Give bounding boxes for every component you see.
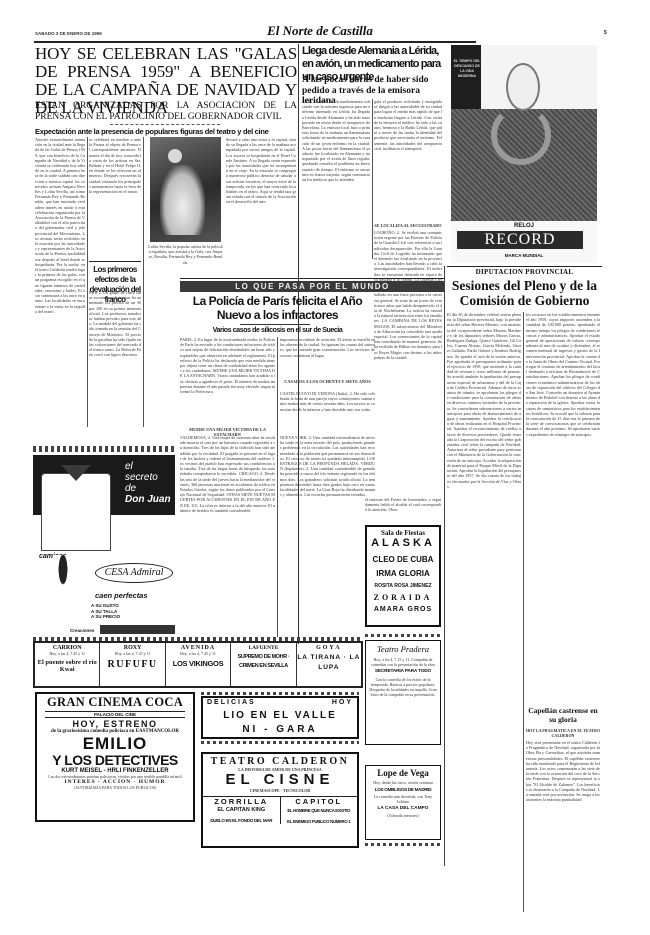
world-headline: La Policía de París felicita el Año Nuev…: [180, 294, 375, 322]
separator: [240, 324, 310, 325]
world-subsection-1: CASADOS A LOS OCHENTA Y SIETE AÑOS: [280, 379, 375, 384]
alaska-act-3: ROSITA ROSA JIMENEZ: [367, 583, 439, 589]
page-number: 5: [604, 30, 607, 36]
listing-title: LOS VIKINGOS: [166, 659, 230, 668]
ad-border: [365, 843, 441, 846]
airplane-body-col2: gula el producto solicitado y enseguida …: [374, 99, 442, 219]
watch-brand: RECORD: [457, 231, 583, 249]
listing-goya: GOYA LA TIRANA · LA LUPA: [297, 643, 361, 686]
airplane-body-col3: LOGROÑO, 2. Se recibió una comunicación …: [374, 230, 442, 520]
lead-kicker: Expectación ante la presencia de popular…: [35, 127, 297, 136]
airplane-body-col1: BARCELONA, 2. Un medicamento solicitado …: [302, 99, 370, 259]
airplane-section-note: SE LOCALIZA AL SECUESTRADO: [374, 223, 442, 228]
split-ads: ZORRILLA EL CAPITAN KING DUELO EN EL FON…: [203, 796, 357, 824]
diputacion-headline: Sesiones del Pleno y de la Comisión de G…: [447, 278, 602, 308]
coca-rating: (AUTORIZADA PARA TODOS LOS PUBLICOS): [37, 785, 193, 790]
coca-announce: HOY, ESTRENO: [37, 719, 193, 729]
lope-title-2: LA CASA DEL CAMPO: [366, 806, 440, 811]
pradera-venue: Teatro Pradera: [366, 644, 440, 654]
alaska-act-2: IRMA GLORIA: [367, 569, 439, 578]
lead-body-col1: Anoche extraordinaria animación en la ci…: [35, 137, 85, 427]
watch-icon: [506, 63, 540, 111]
diputacion-section: DIPUTACION PROVINCIAL: [447, 268, 602, 276]
watch-brand-pre: RELOJ: [451, 223, 597, 229]
shirt-slogan: el secreto de Don Juan: [125, 461, 175, 505]
shirt-icon: [41, 473, 111, 551]
column-rule: [277, 337, 278, 637]
photo-figure-head: [168, 149, 182, 163]
shirt-ad: el secreto de Don Juan camisas CESA Admi…: [33, 455, 175, 625]
shirt-claim: caen perfectas: [95, 591, 148, 600]
zorrilla-title-1: EL CAPITAN KING: [203, 807, 280, 813]
section-rule: [447, 266, 602, 267]
coca-title-1: EMILIO: [37, 735, 193, 753]
separator: [110, 124, 220, 125]
listing-details: Hoy, a las 4, 7.45 y 11: [35, 651, 99, 659]
listing-title: El puente sobre el río Kwai: [35, 659, 99, 673]
issue-date: SABADO 3 DE ENERO DE 1959: [35, 31, 102, 36]
fit-line: A SU PRECIO: [91, 614, 120, 620]
world-subhead: Varios casos de silicosis en el sur de S…: [180, 327, 375, 334]
alaska-act-5: AMARA GROS: [367, 606, 439, 613]
misc-subhead: HOY LA PRAGMATICA EN EL TEATRO CALDERON: [526, 728, 600, 738]
coca-venue: GRAN CINEMA COCA: [37, 695, 193, 710]
calderon-venue: TEATRO CALDERON: [203, 756, 357, 767]
listing-title: RUFUFU: [100, 659, 164, 670]
calderon-format: CINEMASCOPE - TECNICOLOR: [203, 788, 357, 793]
lead-body-col2: se celebrará en nombre o ante la Prensa …: [89, 137, 141, 257]
pradera-title: SECRETARIA PARA TODO: [366, 669, 440, 674]
watch-ad-arc: [491, 105, 551, 165]
lead-body-col4: llevará a cabo una visita a la capital, …: [226, 137, 296, 265]
listing-title: LA TIRANA · LA LUPA: [297, 653, 361, 673]
capitol-title-2: EL ENEMIGO PUBLICO NUMERO 1: [281, 819, 358, 824]
delicias-when: HOY: [332, 699, 353, 706]
watch-brand-post: MARCA MUNDIAL: [451, 253, 597, 258]
listing-venue: GOYA: [297, 645, 361, 651]
alaska-preceding-text: el instituto del Frente de Juventudes, y…: [365, 497, 441, 522]
capitol-ad: CAPITOL EL HOMBRE QUE NUNCA EXISTIO EL E…: [281, 797, 358, 824]
coca-tag: PALACIO DEL CINE: [45, 711, 185, 718]
column-rule: [444, 266, 445, 866]
delicias-venue: DELICIAS: [207, 699, 256, 706]
pradera-details: Hoy, a las 4, 7.15 y 11. Compañía de com…: [366, 657, 440, 667]
alaska-act-4: ZORAIDA: [367, 593, 439, 602]
calderon-ad: TEATRO CALDERON LA HISTORIA DE AMOR DE U…: [201, 752, 359, 848]
lope-details-2: La comedia más divertida, con Tony Lebla…: [366, 794, 440, 804]
lead-subhead: ESTAN ORGANIZADAS POR LA ASOCIACION DE L…: [35, 101, 297, 123]
delicias-ad: DELICIAS HOY LIO EN EL VALLE NI - GARA: [201, 696, 359, 739]
lope-details-3: (Tolerada menores): [366, 813, 440, 818]
watch-tagline: EL TIEMPO DEL DESCANSO DE LA VIDA MODERN…: [453, 59, 481, 79]
zorrilla-title-2: DUELO EN EL FONDO DEL MAR: [203, 818, 280, 823]
alaska-name: ALASKA: [367, 537, 439, 549]
dancer-photo: [150, 137, 221, 242]
dancer-figure-icon: [53, 555, 73, 603]
ad-border: [365, 634, 441, 637]
photo-figure-dress: [160, 165, 205, 235]
lope-title-1: LOS OMBLIGOS DE MADRID: [366, 787, 440, 792]
calderon-title: EL CISNE: [203, 772, 357, 788]
capitol-title-1: EL HOMBRE QUE NUNCA EXISTIO: [281, 808, 358, 813]
misc-headline: Capellán castrense en su gloria: [526, 706, 600, 724]
sidebar-body: París 2. Un grupo de cinco rutas económi…: [89, 290, 141, 425]
diputacion-body-col2: los recursos en los establecimientos dur…: [526, 312, 600, 702]
alaska-ad: Sala de Fiestas ALASKA CLEO DE CUBA IRMA…: [365, 525, 441, 627]
listing-roxy: ROXY Hoy, a las 4, 7.45 y 11 RUFUFU: [100, 643, 165, 686]
watch-ad-bg: [481, 45, 597, 109]
photo-caption: Lolita Sevilla, la popular artista de la…: [148, 244, 223, 266]
listing-title: SUPREMO DE MOHR · CRIMEN EN SEVILLA: [231, 653, 295, 671]
ad-border: [201, 741, 359, 744]
header-rule: [34, 41, 476, 43]
delicias-title-1: LIO EN EL VALLE: [203, 710, 357, 721]
shirt-footer-bar: [100, 625, 175, 634]
slogan-line: de: [125, 483, 175, 494]
shirt-brand: CESA Admiral: [95, 563, 173, 583]
shirt-footer: Creaciones: [70, 628, 94, 633]
ad-border: [33, 446, 175, 452]
world-body-col1: PARIS, 2. En lugar de la acostumbrada mu…: [180, 337, 275, 427]
listing-details: Hoy, a las 4, 7.45 y 11: [166, 651, 230, 659]
listing-avenida: AVENIDA Hoy, a las 4, 7.45 y 11 LOS VIKI…: [166, 643, 231, 686]
slogan-line: el: [125, 461, 175, 472]
listing-details: Hoy, a las 4, 7.45 y 11: [100, 651, 164, 659]
lope-ad: Lope de Vega Hoy, desde las cinco, sesió…: [365, 765, 441, 840]
delicias-title-2: NI - GARA: [203, 724, 357, 735]
capitol-venue: CAPITOL: [281, 797, 358, 806]
misc-body: Hoy será presentada en el teatro Calderó…: [526, 740, 600, 910]
diputacion-body-col1: El día 30 de diciembre celebró sesión pl…: [447, 312, 521, 912]
slogan-line: secreto: [125, 472, 175, 483]
cinema-listings-bar: CARRION Hoy, a las 4, 7.45 y 11 El puent…: [33, 641, 363, 688]
listing-venue: LAFUENTE: [231, 645, 295, 651]
zorrilla-venue: ZORRILLA: [203, 797, 280, 806]
ad-border: [201, 692, 359, 695]
watch-ad: EL TIEMPO DEL DESCANSO DE LA VIDA MODERN…: [451, 45, 597, 263]
coca-ad: GRAN CINEMA COCA PALACIO DEL CINE HOY, E…: [35, 692, 195, 822]
world-body-col4: VALDEMOSA, 2. Una mujer de cuarenta años…: [180, 435, 275, 635]
world-body-col3: CASTELNUOVO DI VERONA (Italia), 2. Ha si…: [280, 391, 375, 427]
world-body-col5: NUEVA YORK, 2. Una cantidad extraordinar…: [280, 435, 375, 635]
pradera-ad: Teatro Pradera Hoy, a las 4, 7.15 y 11. …: [365, 640, 441, 745]
listing-lafuente: LAFUENTE SUPREMO DE MOHR · CRIMEN EN SEV…: [231, 643, 296, 686]
column-rule: [143, 137, 144, 427]
coca-title-2: Y LOS DETECTIVES: [37, 753, 193, 768]
fit-line: A SU GUSTO: [91, 603, 120, 609]
lope-details: Hoy, desde las cinco, sesión continua: [366, 780, 440, 785]
alaska-act-1: CLEO DE CUBA: [367, 555, 439, 564]
slogan-line: Don Juan: [125, 494, 175, 505]
shirt-fit: A SU GUSTO A SU TALLA A SU PRECIO: [91, 603, 120, 620]
section-rule: [180, 278, 445, 279]
masthead: El Norte de Castilla: [230, 23, 410, 39]
zorrilla-ad: ZORRILLA EL CAPITAN KING DUELO EN EL FON…: [203, 797, 281, 824]
column-rule: [87, 137, 88, 427]
world-banner: LO QUE PASA POR EL MUNDO: [180, 281, 445, 292]
column-rule: [372, 99, 373, 259]
lope-venue: Lope de Vega: [366, 768, 440, 778]
pradera-notes: Con la comedia de los éxitos de la tempo…: [366, 677, 440, 717]
listing-carrion: CARRION Hoy, a las 4, 7.45 y 11 El puent…: [35, 643, 100, 686]
world-body-col2: imponente accidente de aviación. El avió…: [280, 337, 375, 377]
column-rule: [523, 312, 524, 912]
alaska-venue: Sala de Fiestas: [367, 529, 439, 537]
